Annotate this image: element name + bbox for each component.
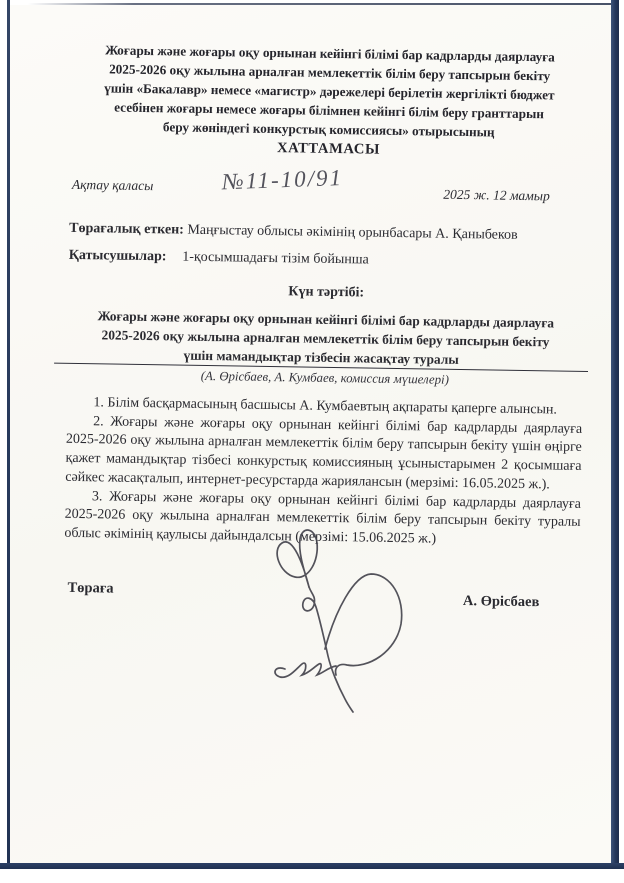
chairman-role-label: Төраға: [67, 579, 113, 597]
document-number-handwritten: №11-10/91: [222, 165, 344, 195]
signature-autograph: [262, 516, 452, 728]
scan-edge-bottom: [0, 863, 624, 869]
chairman-value: Маңғыстау облысы әкімінің орынбасары А. …: [187, 223, 517, 243]
chairman-row: Төрағалық еткен: Маңғыстау облысы әкімін…: [69, 221, 585, 245]
agenda-title: Жоғары және жоғары оқу орнынан кейінгі б…: [67, 306, 584, 372]
scanned-protocol-page: Жоғары және жоғары оқу орнынан кейінгі б…: [0, 0, 624, 883]
participants-value: 1-қосымшадағы тізім бойынша: [182, 250, 369, 268]
city-label: Ақтау қаласы: [72, 177, 154, 194]
scan-edge-top: [28, 3, 614, 5]
document-title: Жоғары және жоғары оқу орнынан кейінгі б…: [70, 40, 588, 163]
decision-paragraph-2: 2. Жоғары және жоғары оқу орнынан кейінг…: [65, 413, 582, 496]
participants-row: Қатысушылар: 1-қосымшадағы тізім бойынша: [69, 248, 585, 272]
scan-edge-left: [7, 0, 10, 869]
chairman-name: А. Өрісбаев: [463, 593, 540, 611]
meta-row: Ақтау қаласы №11-10/91 2025 ж. 12 мамыр: [70, 172, 586, 210]
agenda-heading: Күн тәртібі:: [68, 281, 584, 305]
participants-label: Қатысушылар:: [69, 248, 179, 266]
chairman-label: Төрағалық еткен:: [69, 221, 184, 239]
scan-edge-right: [611, 0, 619, 869]
date-label: 2025 ж. 12 мамыр: [443, 187, 550, 205]
